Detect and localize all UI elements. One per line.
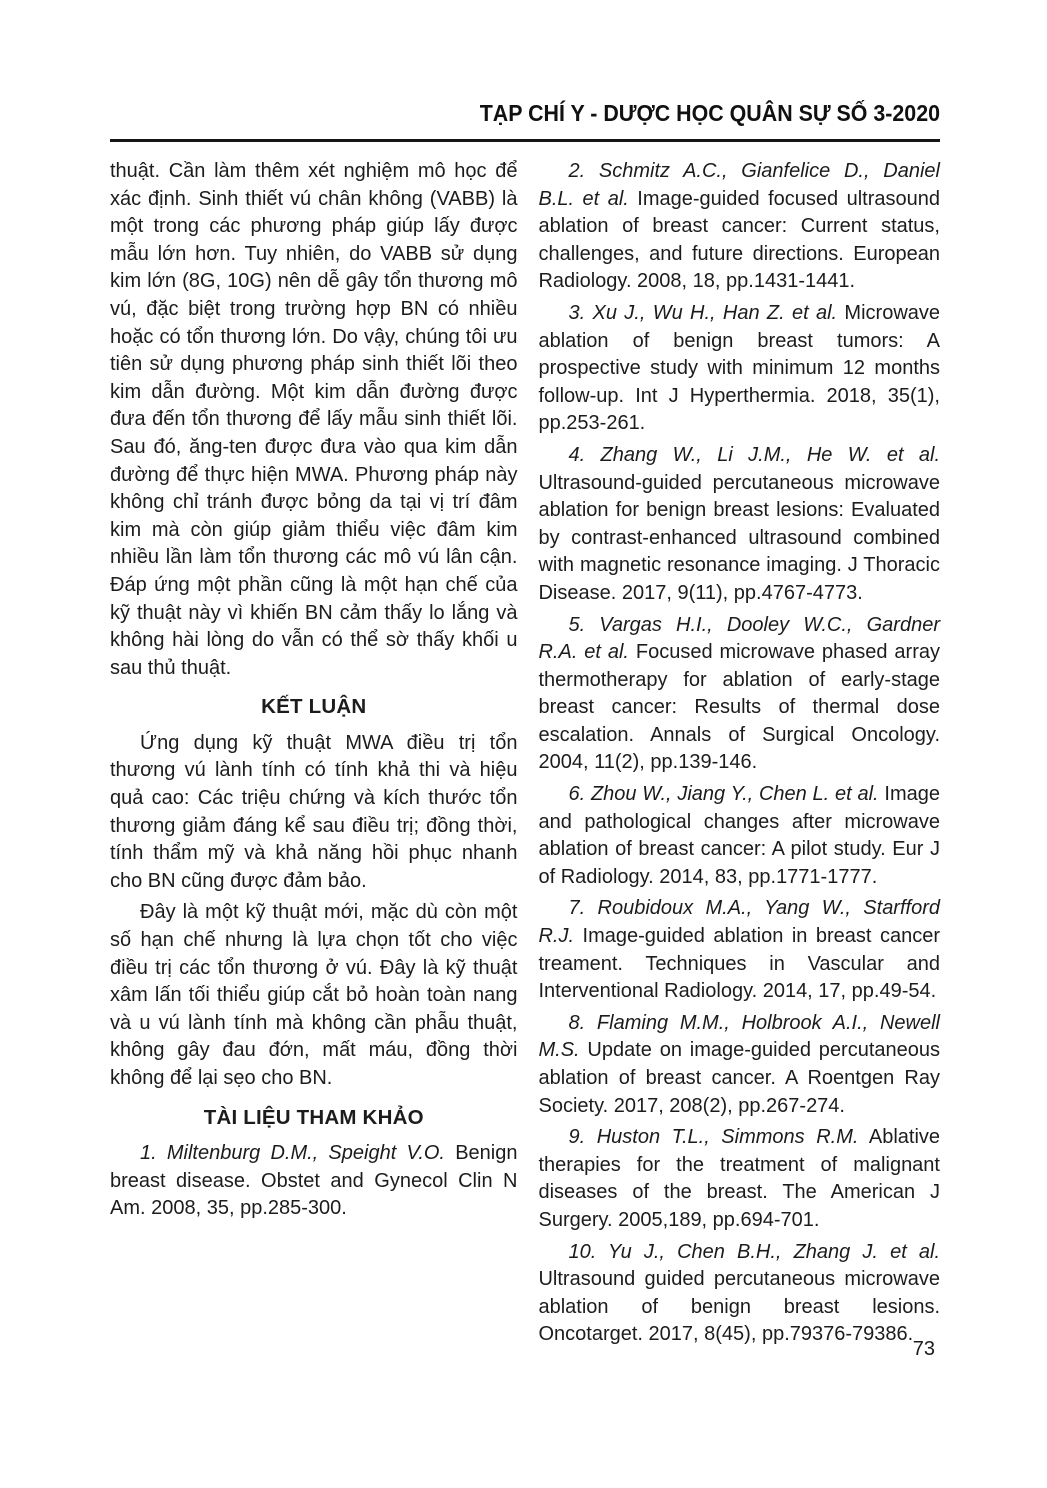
reference-item-7: 7. Roubidoux M.A., Yang W., Starfford R.… [538, 895, 940, 1005]
left-column: thuật. Cần làm thêm xét nghiệm mô học để… [110, 158, 517, 1353]
reference-item-8: 8. Flaming M.M., Holbrook A.I., Newell M… [538, 1010, 940, 1120]
reference-item-9: 9. Huston T.L., Simmons R.M. Ablative th… [538, 1124, 940, 1234]
reference-authors: 6. Zhou W., Jiang Y., Chen L. et al. [568, 783, 878, 805]
reference-item-3: 3. Xu J., Wu H., Han Z. et al. Microwave… [538, 300, 940, 438]
right-column: 2. Schmitz A.C., Gianfelice D., Daniel B… [538, 158, 940, 1353]
reference-item-1: 1. Miltenburg D.M., Speight V.O. Benign … [110, 1140, 517, 1223]
reference-authors: 9. Huston T.L., Simmons R.M. [568, 1126, 858, 1148]
conclusion-paragraph-1: Ứng dụng kỹ thuật MWA điều trị tổn thươn… [110, 730, 517, 896]
reference-item-6: 6. Zhou W., Jiang Y., Chen L. et al. Ima… [538, 781, 940, 891]
reference-text: Ultrasound guided percutaneous microwave… [538, 1268, 940, 1345]
reference-authors: 3. Xu J., Wu H., Han Z. et al. [568, 302, 837, 324]
reference-authors: 4. Zhang W., Li J.M., He W. et al. [568, 444, 940, 466]
journal-page: TẠP CHÍ Y - DƯỢC HỌC QUÂN SỰ SỐ 3-2020 t… [0, 0, 1047, 1488]
reference-item-10: 10. Yu J., Chen B.H., Zhang J. et al. Ul… [538, 1239, 940, 1349]
reference-item-2: 2. Schmitz A.C., Gianfelice D., Daniel B… [538, 158, 940, 296]
reference-text: Ultrasound-guided percutaneous microwave… [538, 472, 940, 604]
two-column-body: thuật. Cần làm thêm xét nghiệm mô học để… [110, 158, 940, 1353]
references-heading: TÀI LIỆU THAM KHẢO [110, 1104, 517, 1132]
page-number: 73 [913, 1338, 935, 1361]
reference-item-5: 5. Vargas H.I., Dooley W.C., Gardner R.A… [538, 612, 940, 778]
reference-authors: 1. Miltenburg D.M., Speight V.O. [140, 1142, 445, 1164]
journal-title: TẠP CHÍ Y - DƯỢC HỌC QUÂN SỰ SỐ 3-2020 [168, 98, 940, 128]
reference-authors: 10. Yu J., Chen B.H., Zhang J. et al. [568, 1241, 940, 1263]
reference-item-4: 4. Zhang W., Li J.M., He W. et al. Ultra… [538, 442, 940, 608]
header-rule [110, 139, 940, 142]
conclusion-heading: KẾT LUẬN [110, 693, 517, 721]
page-header: TẠP CHÍ Y - DƯỢC HỌC QUÂN SỰ SỐ 3-2020 [110, 98, 940, 142]
conclusion-paragraph-2: Đây là một kỹ thuật mới, mặc dù còn một … [110, 899, 517, 1092]
reference-text: Image-guided ablation in breast cancer t… [538, 925, 940, 1002]
reference-text: Update on image-guided percutaneous abla… [538, 1039, 940, 1116]
body-paragraph-continuation: thuật. Cần làm thêm xét nghiệm mô học để… [110, 158, 517, 682]
